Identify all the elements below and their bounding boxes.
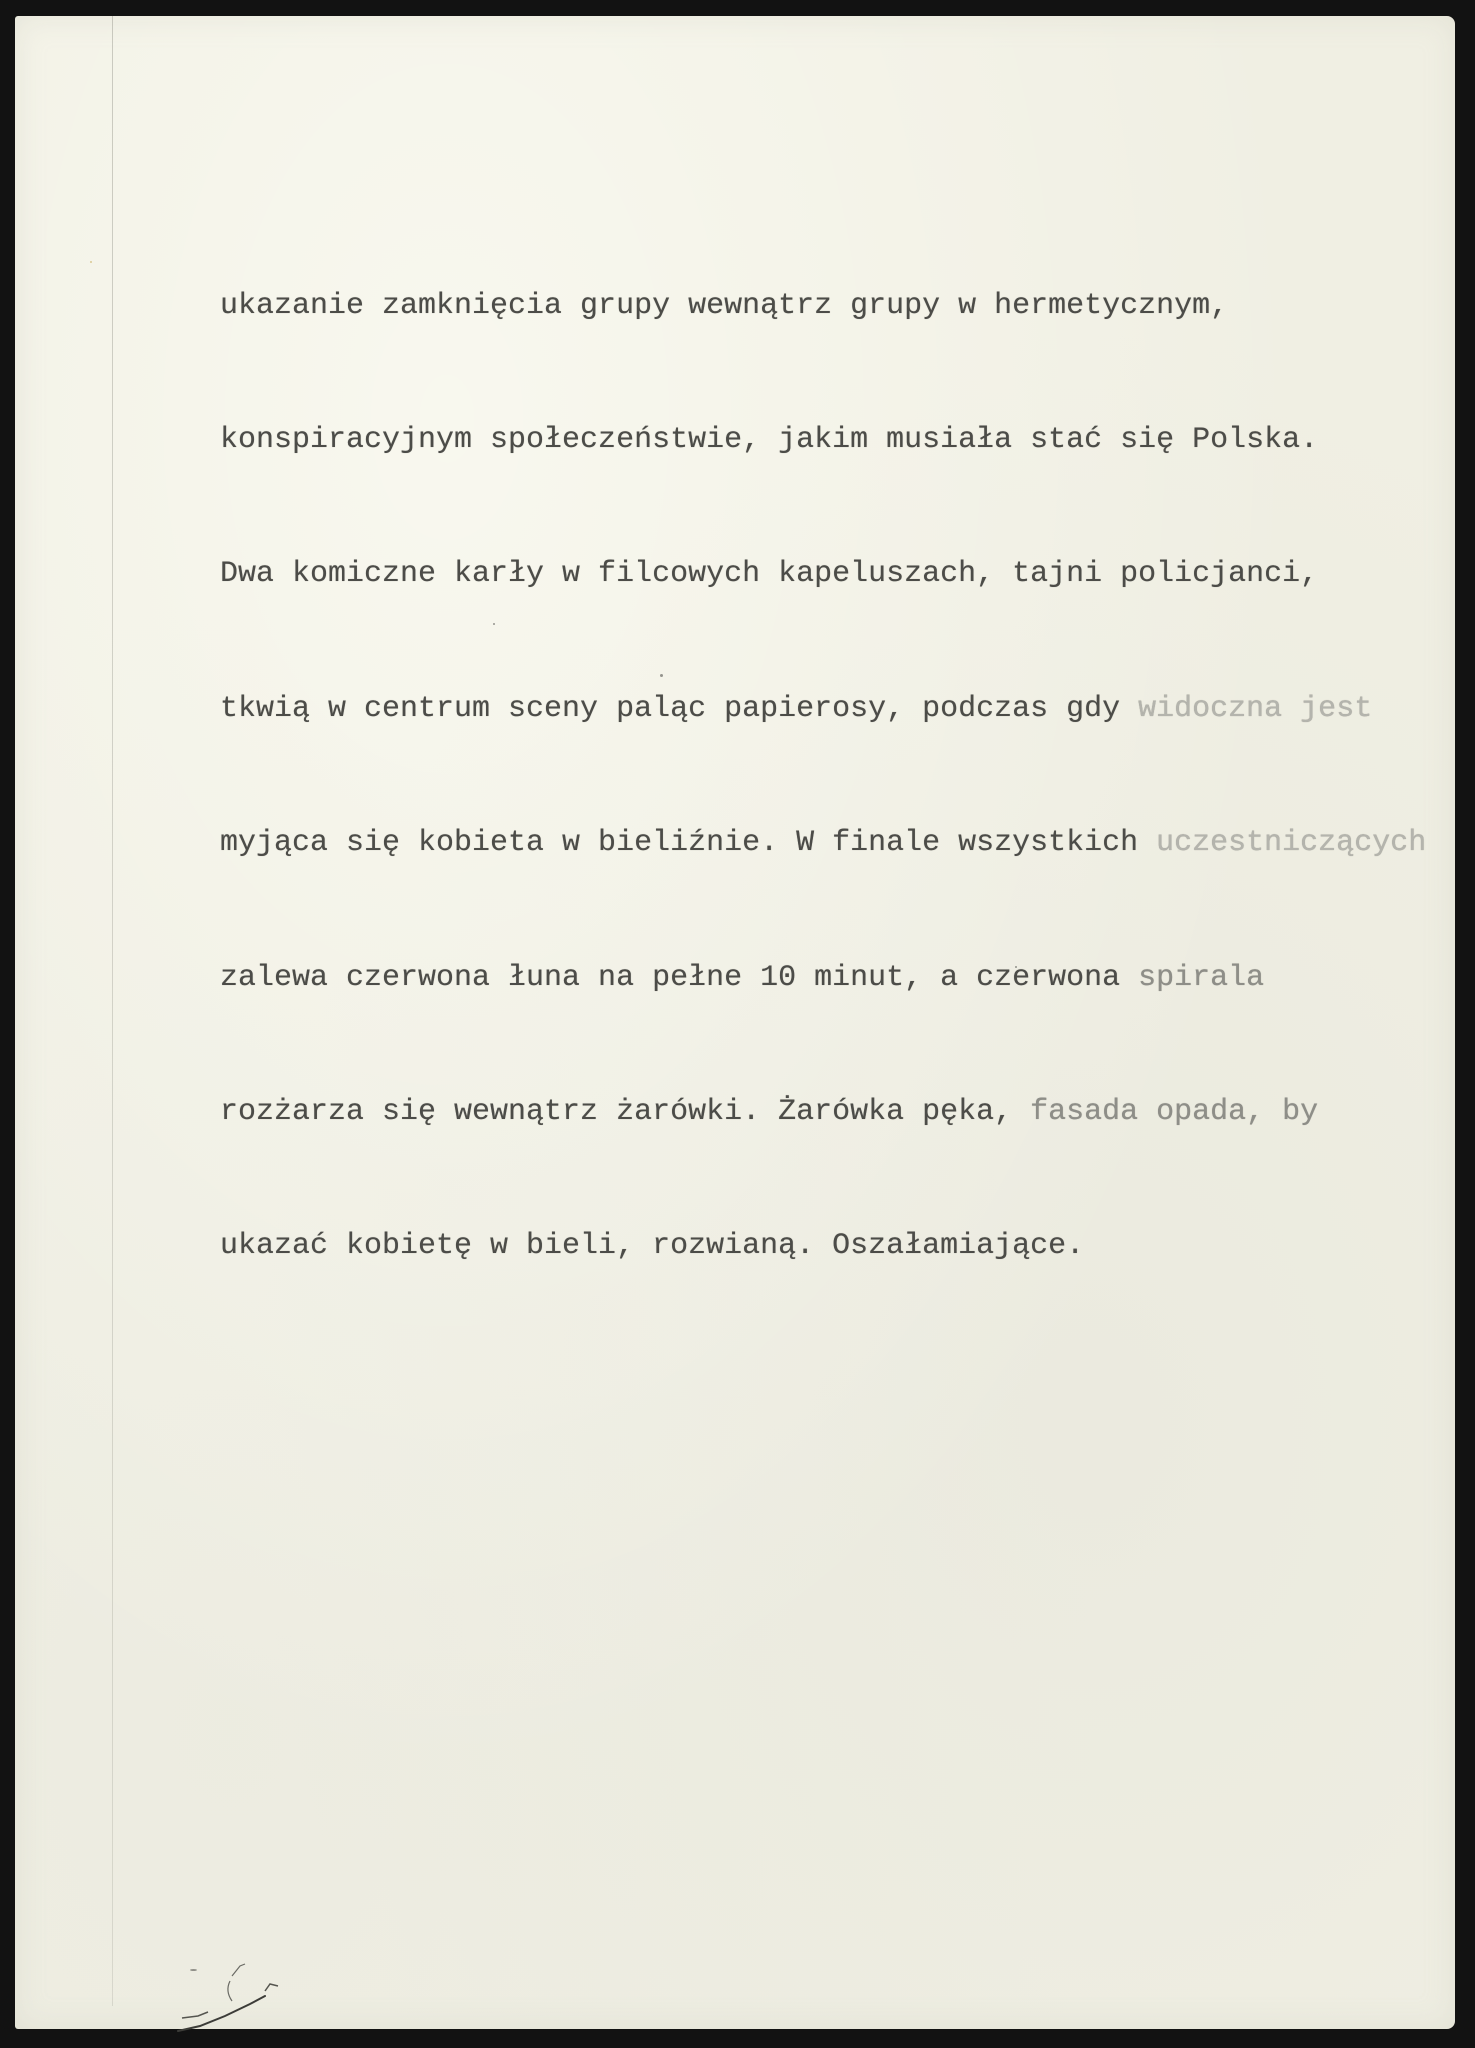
speck <box>660 674 663 677</box>
speck <box>90 261 92 263</box>
speck <box>1015 966 1017 968</box>
speck <box>493 623 495 625</box>
pencil-scribble-icon <box>170 1946 310 2036</box>
paper-specks <box>15 16 1455 2029</box>
scan-frame: ukazanie zamknięcia grupy wewnątrz grupy… <box>0 0 1475 2048</box>
paper-sheet: ukazanie zamknięcia grupy wewnątrz grupy… <box>15 16 1455 2029</box>
